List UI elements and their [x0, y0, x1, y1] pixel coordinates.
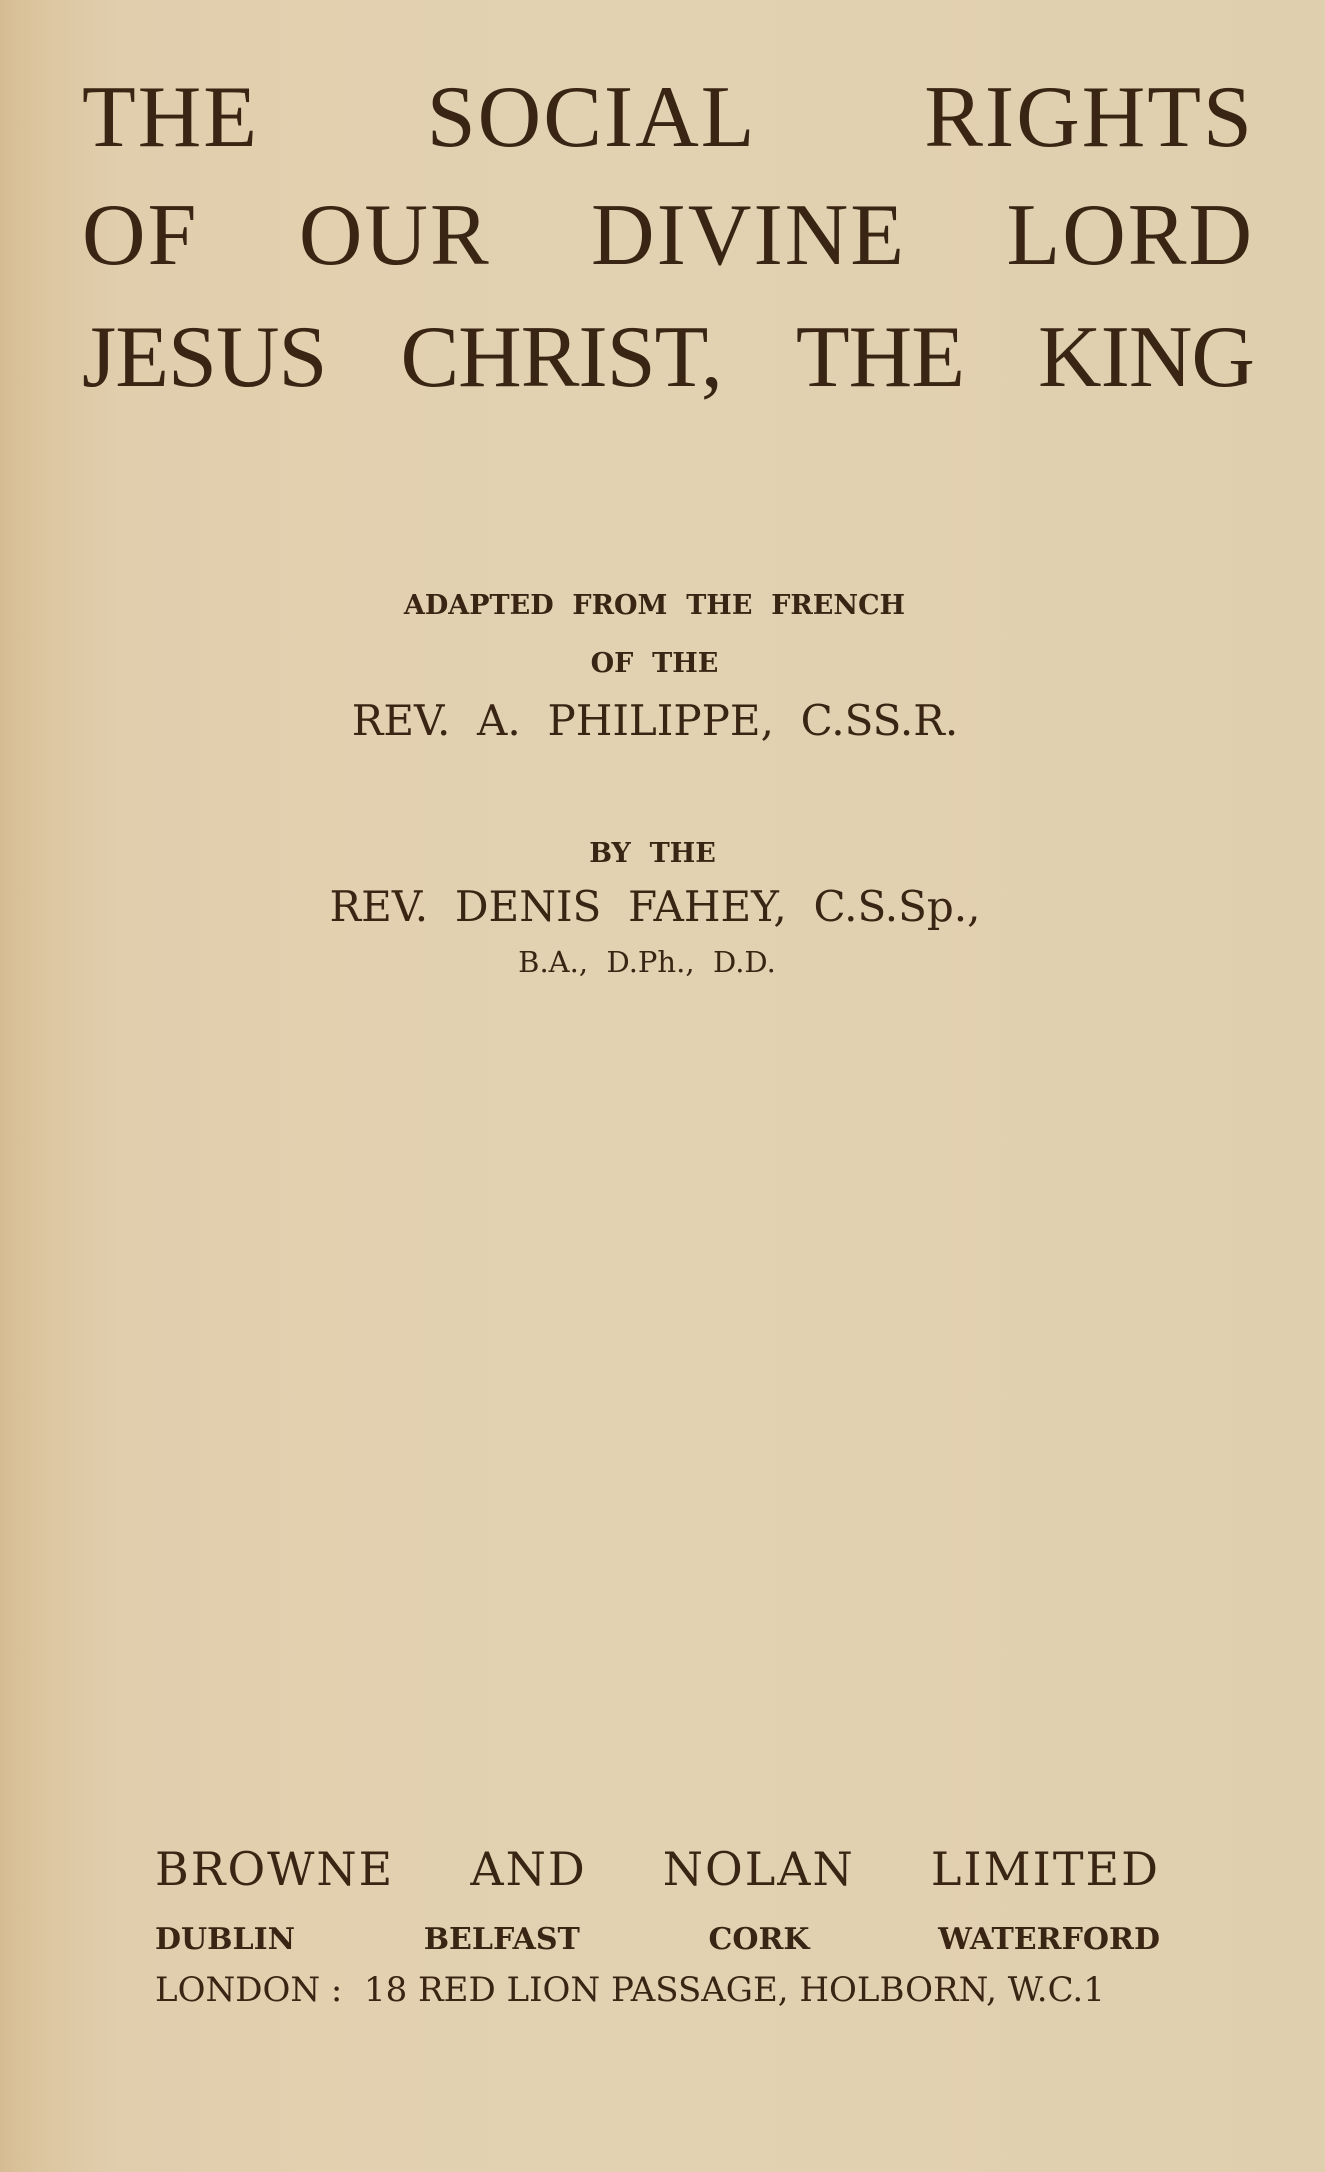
title-word: RIGHTS — [924, 74, 1254, 162]
city: CORK — [708, 1922, 809, 1957]
of-the-line: OF THE — [0, 648, 1317, 679]
title-line-3: JESUS CHRIST, THE KING — [82, 314, 1254, 402]
london-address: LONDON : 18 RED LION PASSAGE, HOLBORN, W… — [155, 1970, 1160, 2010]
city: WATERFORD — [938, 1922, 1160, 1957]
publisher-word: LIMITED — [931, 1842, 1160, 1896]
title-word: THE — [82, 74, 259, 162]
publisher-word: AND — [470, 1842, 586, 1896]
translator-name: REV. DENIS FAHEY, C.S.Sp., — [0, 882, 1310, 931]
title-word: JESUS — [82, 314, 326, 402]
title-line-1: THE SOCIAL RIGHTS — [82, 74, 1254, 162]
title-word: DIVINE — [591, 192, 906, 280]
publisher-name: BROWNE AND NOLAN LIMITED — [155, 1842, 1160, 1896]
title-word: THE — [796, 314, 964, 402]
title-word: OF — [82, 192, 199, 280]
title-page: THE SOCIAL RIGHTS OF OUR DIVINE LORD JES… — [0, 0, 1325, 2172]
title-word: KING — [1038, 314, 1254, 402]
original-author: REV. A. PHILIPPE, C.SS.R. — [0, 696, 1310, 745]
title-word: CHRIST, — [400, 314, 721, 402]
title-line-2: OF OUR DIVINE LORD — [82, 192, 1254, 280]
adapted-from-line: ADAPTED FROM THE FRENCH — [0, 590, 1317, 621]
title-word: SOCIAL — [427, 74, 757, 162]
publisher-word: NOLAN — [663, 1842, 855, 1896]
title-word: OUR — [299, 192, 491, 280]
publisher-cities: DUBLIN BELFAST CORK WATERFORD — [155, 1922, 1160, 1957]
translator-degrees: B.A., D.Ph., D.D. — [0, 945, 1302, 979]
publisher-word: BROWNE — [155, 1842, 394, 1896]
city: DUBLIN — [155, 1922, 295, 1957]
city: BELFAST — [424, 1922, 580, 1957]
title-word: LORD — [1006, 192, 1254, 280]
by-the-line: BY THE — [0, 838, 1315, 869]
